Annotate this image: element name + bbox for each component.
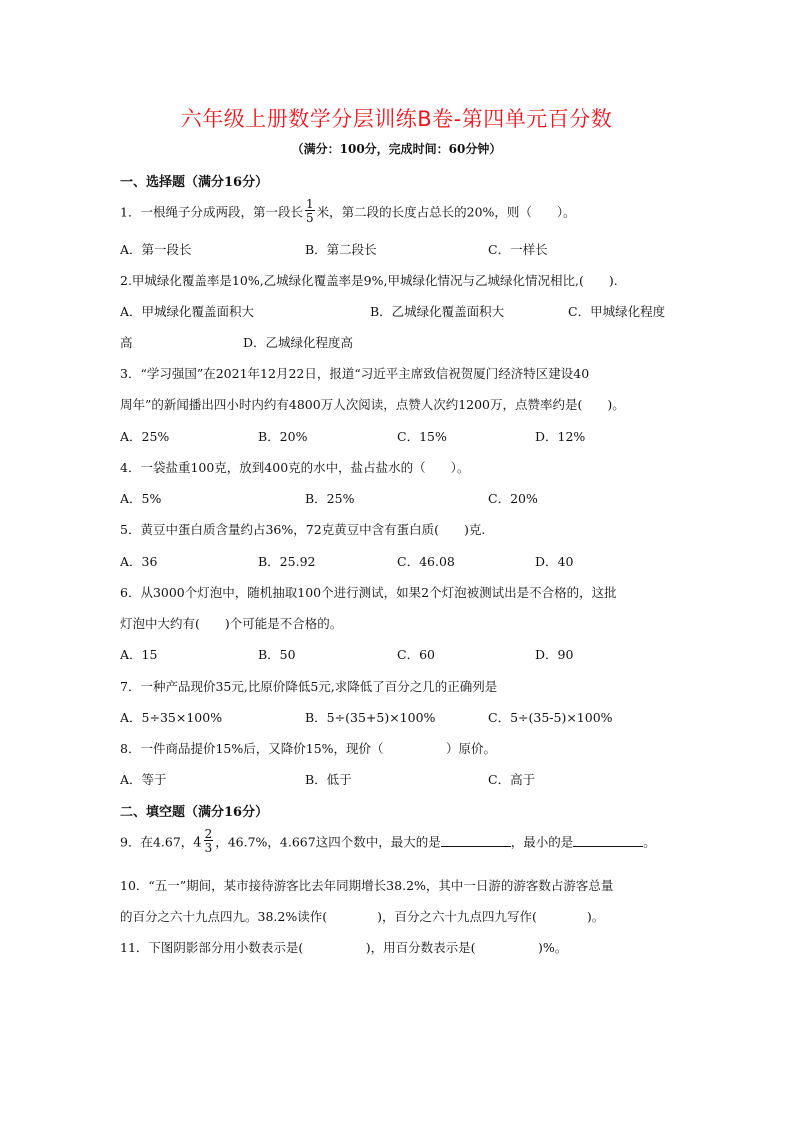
q3-option-d: D．12%	[535, 427, 585, 445]
question-10-line-1: 10．“五一”期间，某市接待游客比去年同期增长38.2%，其中一日游的游客数占游…	[120, 876, 613, 894]
worksheet-page: 六年级上册数学分层训练B卷-第四单元百分数 （满分：100分，完成时间：60分钟…	[0, 0, 793, 1122]
q5-option-c: C．46.08	[397, 552, 455, 570]
question-10-line-2: 的百分之六十九点四九。38.2%读作( )，百分之六十九点四九写作( )。	[120, 907, 604, 925]
q4-option-c: C．20%	[488, 489, 538, 507]
q8-option-b: B．低于	[305, 770, 352, 788]
question-9: 9．在4.67，423，46.7%，4.667这四个数中，最大的是，最小的是。	[120, 830, 656, 856]
q3-option-a: A．25%	[120, 427, 169, 445]
q2-option-d: D．乙城绿化程度高	[243, 333, 353, 351]
q3-option-b: B．20%	[258, 427, 307, 445]
question-1: 1．一根绳子分成两段，第一段长15米，第二段的长度占总长的20%，则（ ）。	[120, 200, 576, 226]
section-heading-choice: 一、选择题（满分16分）	[120, 171, 268, 190]
question-11: 11．下图阴影部分用小数表示是( )，用百分数表示是( )%。	[120, 938, 567, 956]
answer-blank-largest[interactable]	[441, 834, 511, 847]
question-8: 8．一件商品提价15%后，又降价15%，现价（ ）原价。	[120, 739, 496, 757]
q8-option-c: C．高于	[488, 770, 535, 788]
q5-option-b: B．25.92	[258, 552, 315, 570]
q5-option-d: D．40	[535, 552, 573, 570]
question-4: 4．一袋盐重100克，放到400克的水中，盐占盐水的（ ）。	[120, 458, 469, 476]
page-title: 六年级上册数学分层训练B卷-第四单元百分数	[0, 103, 793, 133]
q3-option-c: C．15%	[397, 427, 447, 445]
q7-option-c: C．5÷(35-5)×100%	[488, 708, 613, 726]
q6-option-d: D．90	[535, 645, 573, 663]
question-1-text-post: 米，第二段的长度占总长的20%，则（ ）。	[317, 205, 576, 220]
q1-option-b: B．第二段长	[305, 240, 377, 258]
q2-option-c-wrap: 高	[120, 333, 133, 351]
q7-option-b: B．5÷(35+5)×100%	[305, 708, 435, 726]
q1-option-a: A．第一段长	[120, 240, 192, 258]
q1-option-c: C．一样长	[488, 240, 548, 258]
question-2: 2.甲城绿化覆盖率是10%,乙城绿化覆盖率是9%,甲城绿化情况与乙城绿化情况相比…	[120, 271, 618, 289]
question-9-text-mid: ，46.7%，4.667这四个数中，最大的是	[215, 835, 441, 850]
question-5: 5．黄豆中蛋白质含量约占36%，72克黄豆中含有蛋白质( )克.	[120, 520, 485, 538]
question-1-text-pre: 1．一根绳子分成两段，第一段长	[120, 205, 303, 220]
q5-option-a: A．36	[120, 552, 157, 570]
fraction-one-fifth: 15	[305, 198, 315, 224]
fraction-two-thirds: 23	[204, 828, 214, 854]
page-subtitle: （满分：100分，完成时间：60分钟）	[0, 140, 793, 157]
q8-option-a: A．等于	[120, 770, 167, 788]
q6-option-b: B．50	[258, 645, 296, 663]
q2-option-c: C．甲城绿化程度	[568, 302, 665, 320]
q2-option-a: A．甲城绿化覆盖面积大	[120, 302, 254, 320]
mixed-number-whole: 4	[193, 836, 201, 851]
q6-option-c: C．60	[397, 645, 435, 663]
section-heading-fill-blank: 二、填空题（满分16分）	[120, 801, 268, 820]
q2-option-b: B．乙城绿化覆盖面积大	[370, 302, 504, 320]
answer-blank-smallest[interactable]	[573, 834, 643, 847]
q4-option-a: A．5%	[120, 489, 161, 507]
q6-option-a: A．15	[120, 645, 157, 663]
question-6-line-2: 灯泡中大约有( )个可能是不合格的。	[120, 614, 342, 632]
q7-option-a: A．5÷35×100%	[120, 708, 222, 726]
question-9-text-pre: 9．在4.67，	[120, 835, 193, 850]
question-6-line-1: 6．从3000个灯泡中，随机抽取100个进行测试，如果2个灯泡被测试出是不合格的…	[120, 583, 617, 601]
question-3-line-1: 3．“学习强国”在2021年12月22日，报道“习近平主席致信祝贺厦门经济特区建…	[120, 364, 589, 382]
question-3-line-2: 周年”的新闻播出四小时内约有4800万人次阅读，点赞人次约1200万，点赞率约是…	[120, 395, 625, 413]
question-9-text-mid2: ，最小的是	[511, 835, 574, 850]
q4-option-b: B．25%	[305, 489, 354, 507]
question-7: 7．一种产品现价35元,比原价降低5元,求降低了百分之几的正确列是	[120, 677, 497, 695]
